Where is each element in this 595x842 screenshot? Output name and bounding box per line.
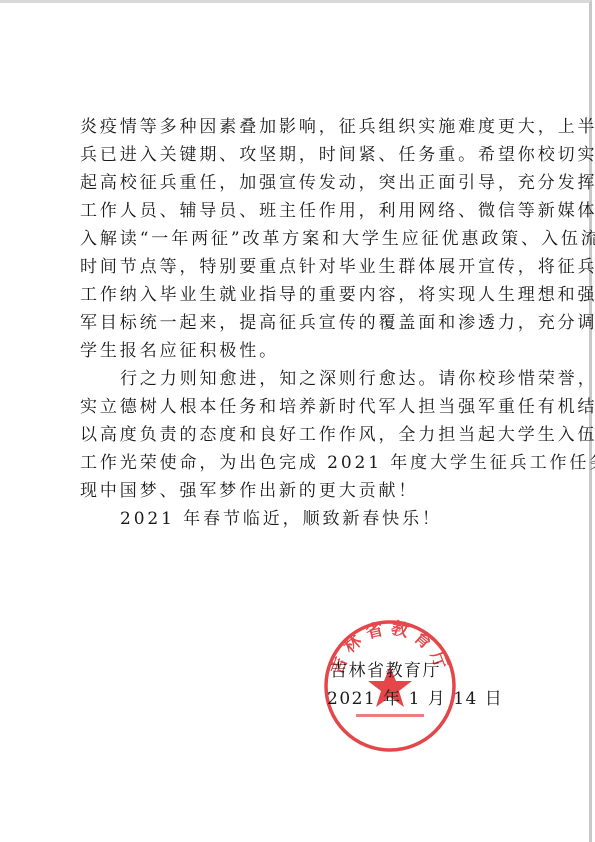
text-line: 行之力则知愈进，知之深则行愈达。请你校珍惜荣誉，将落 — [80, 365, 520, 393]
signature-organization: 吉林省教育厅 — [330, 657, 503, 685]
text-line: 起高校征兵重任，加强宣传发动，突出正面引导，充分发挥征兵 — [80, 169, 520, 197]
text-line: 实立德树人根本任务和培养新时代军人担当强军重任有机结合， — [80, 393, 520, 421]
text-line: 兵已进入关键期、攻坚期，时间紧、任务重。希望你校切实肩负 — [80, 141, 520, 169]
text-line: 时间节点等，特别要重点针对毕业生群体展开宣传，将征兵宣传 — [80, 253, 520, 281]
paragraph-1: 炎疫情等多种因素叠加影响，征兵组织实施难度更大，上半年征 兵已进入关键期、攻坚期… — [80, 113, 520, 365]
text-line: 军目标统一起来，提高征兵宣传的覆盖面和渗透力，充分调动大 — [80, 309, 520, 337]
document-page: 炎疫情等多种因素叠加影响，征兵组织实施难度更大，上半年征 兵已进入关键期、攻坚期… — [0, 0, 592, 842]
text-line: 学生报名应征积极性。 — [80, 337, 520, 365]
text-line: 工作人员、辅导员、班主任作用，利用网络、微信等新媒体，深 — [80, 197, 520, 225]
text-line: 现中国梦、强军梦作出新的更大贡献！ — [80, 477, 520, 505]
text-line: 工作光荣使命，为出色完成 2021 年度大学生征兵工作任务，实 — [80, 449, 520, 477]
text-line: 工作纳入毕业生就业指导的重要内容，将实现人生理想和强国强 — [80, 281, 520, 309]
letter-body: 炎疫情等多种因素叠加影响，征兵组织实施难度更大，上半年征 兵已进入关键期、攻坚期… — [80, 113, 520, 533]
text-line: 2021 年春节临近，顺致新春快乐！ — [80, 505, 520, 533]
text-line: 入解读“一年两征”改革方案和大学生应征优惠政策、入伍流程、 — [80, 225, 520, 253]
paragraph-2: 行之力则知愈进，知之深则行愈达。请你校珍惜荣誉，将落 实立德树人根本任务和培养新… — [80, 365, 520, 505]
signature-block: 吉林省教育厅 2021 年 1 月 14 日 — [330, 657, 503, 713]
text-line: 以高度负责的态度和良好工作作风，全力担当起大学生入伍征集 — [80, 421, 520, 449]
text-line: 炎疫情等多种因素叠加影响，征兵组织实施难度更大，上半年征 — [80, 113, 520, 141]
signature-date: 2021 年 1 月 14 日 — [327, 685, 503, 713]
paragraph-3: 2021 年春节临近，顺致新春快乐！ — [80, 505, 520, 533]
